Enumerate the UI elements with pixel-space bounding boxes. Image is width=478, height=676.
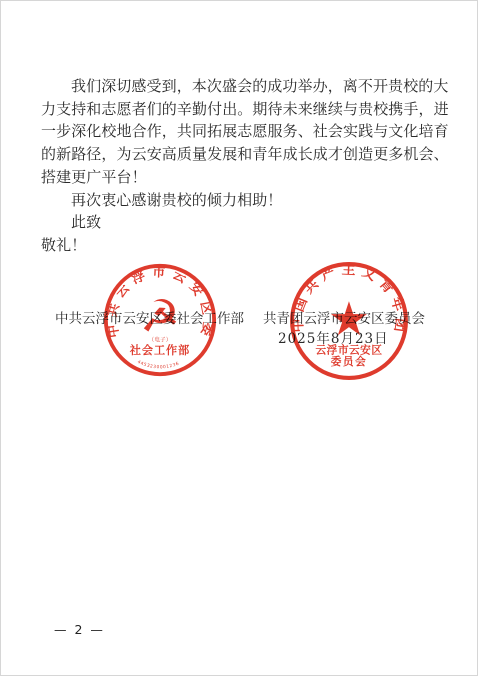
- page-number: — 2 —: [54, 622, 105, 637]
- thanks-line: 再次衷心感谢贵校的倾力相助！: [41, 189, 448, 212]
- body-line: 的新路径，为云安高质量发展和青年成长成才创造更多机会、: [41, 143, 448, 166]
- star-icon: ★: [328, 293, 370, 347]
- body-line: 我们深切感受到，本次盛会的成功举办，离不开贵校的大: [41, 75, 448, 98]
- official-seal-social-work-dept: 中共云浮市云安区委 ☭ （电子） 社会工作部 4453230001236: [102, 262, 218, 378]
- seal-right-committee-text: 委员会: [331, 355, 368, 368]
- seal-left-serial-number: 4453230001236: [136, 359, 180, 370]
- letter-page: 我们深切感受到，本次盛会的成功举办，离不开贵校的大 力支持和志愿者们的辛勤付出。…: [0, 0, 478, 676]
- hammer-sickle-icon: ☭: [140, 292, 180, 343]
- seal-left-department-text: 社会工作部: [129, 343, 190, 357]
- body-line: 力支持和志愿者们的辛勤付出。期待未来继续与贵校携手，进: [41, 98, 448, 121]
- body-line: 一步深化校地合作，共同拓展志愿服务、社会实践与文化培育: [41, 120, 448, 143]
- salutation-open: 此致: [41, 211, 448, 234]
- salutation-close: 敬礼！: [41, 234, 448, 257]
- seal-left-electronic-note: （电子）: [148, 335, 171, 343]
- official-seal-youth-league: 中国共产主义青年团 ★ 云浮市云安区 委员会: [288, 260, 410, 382]
- body-line: 搭建更广平台！: [41, 166, 448, 189]
- letter-body: 我们深切感受到，本次盛会的成功举办，离不开贵校的大 力支持和志愿者们的辛勤付出。…: [41, 75, 448, 257]
